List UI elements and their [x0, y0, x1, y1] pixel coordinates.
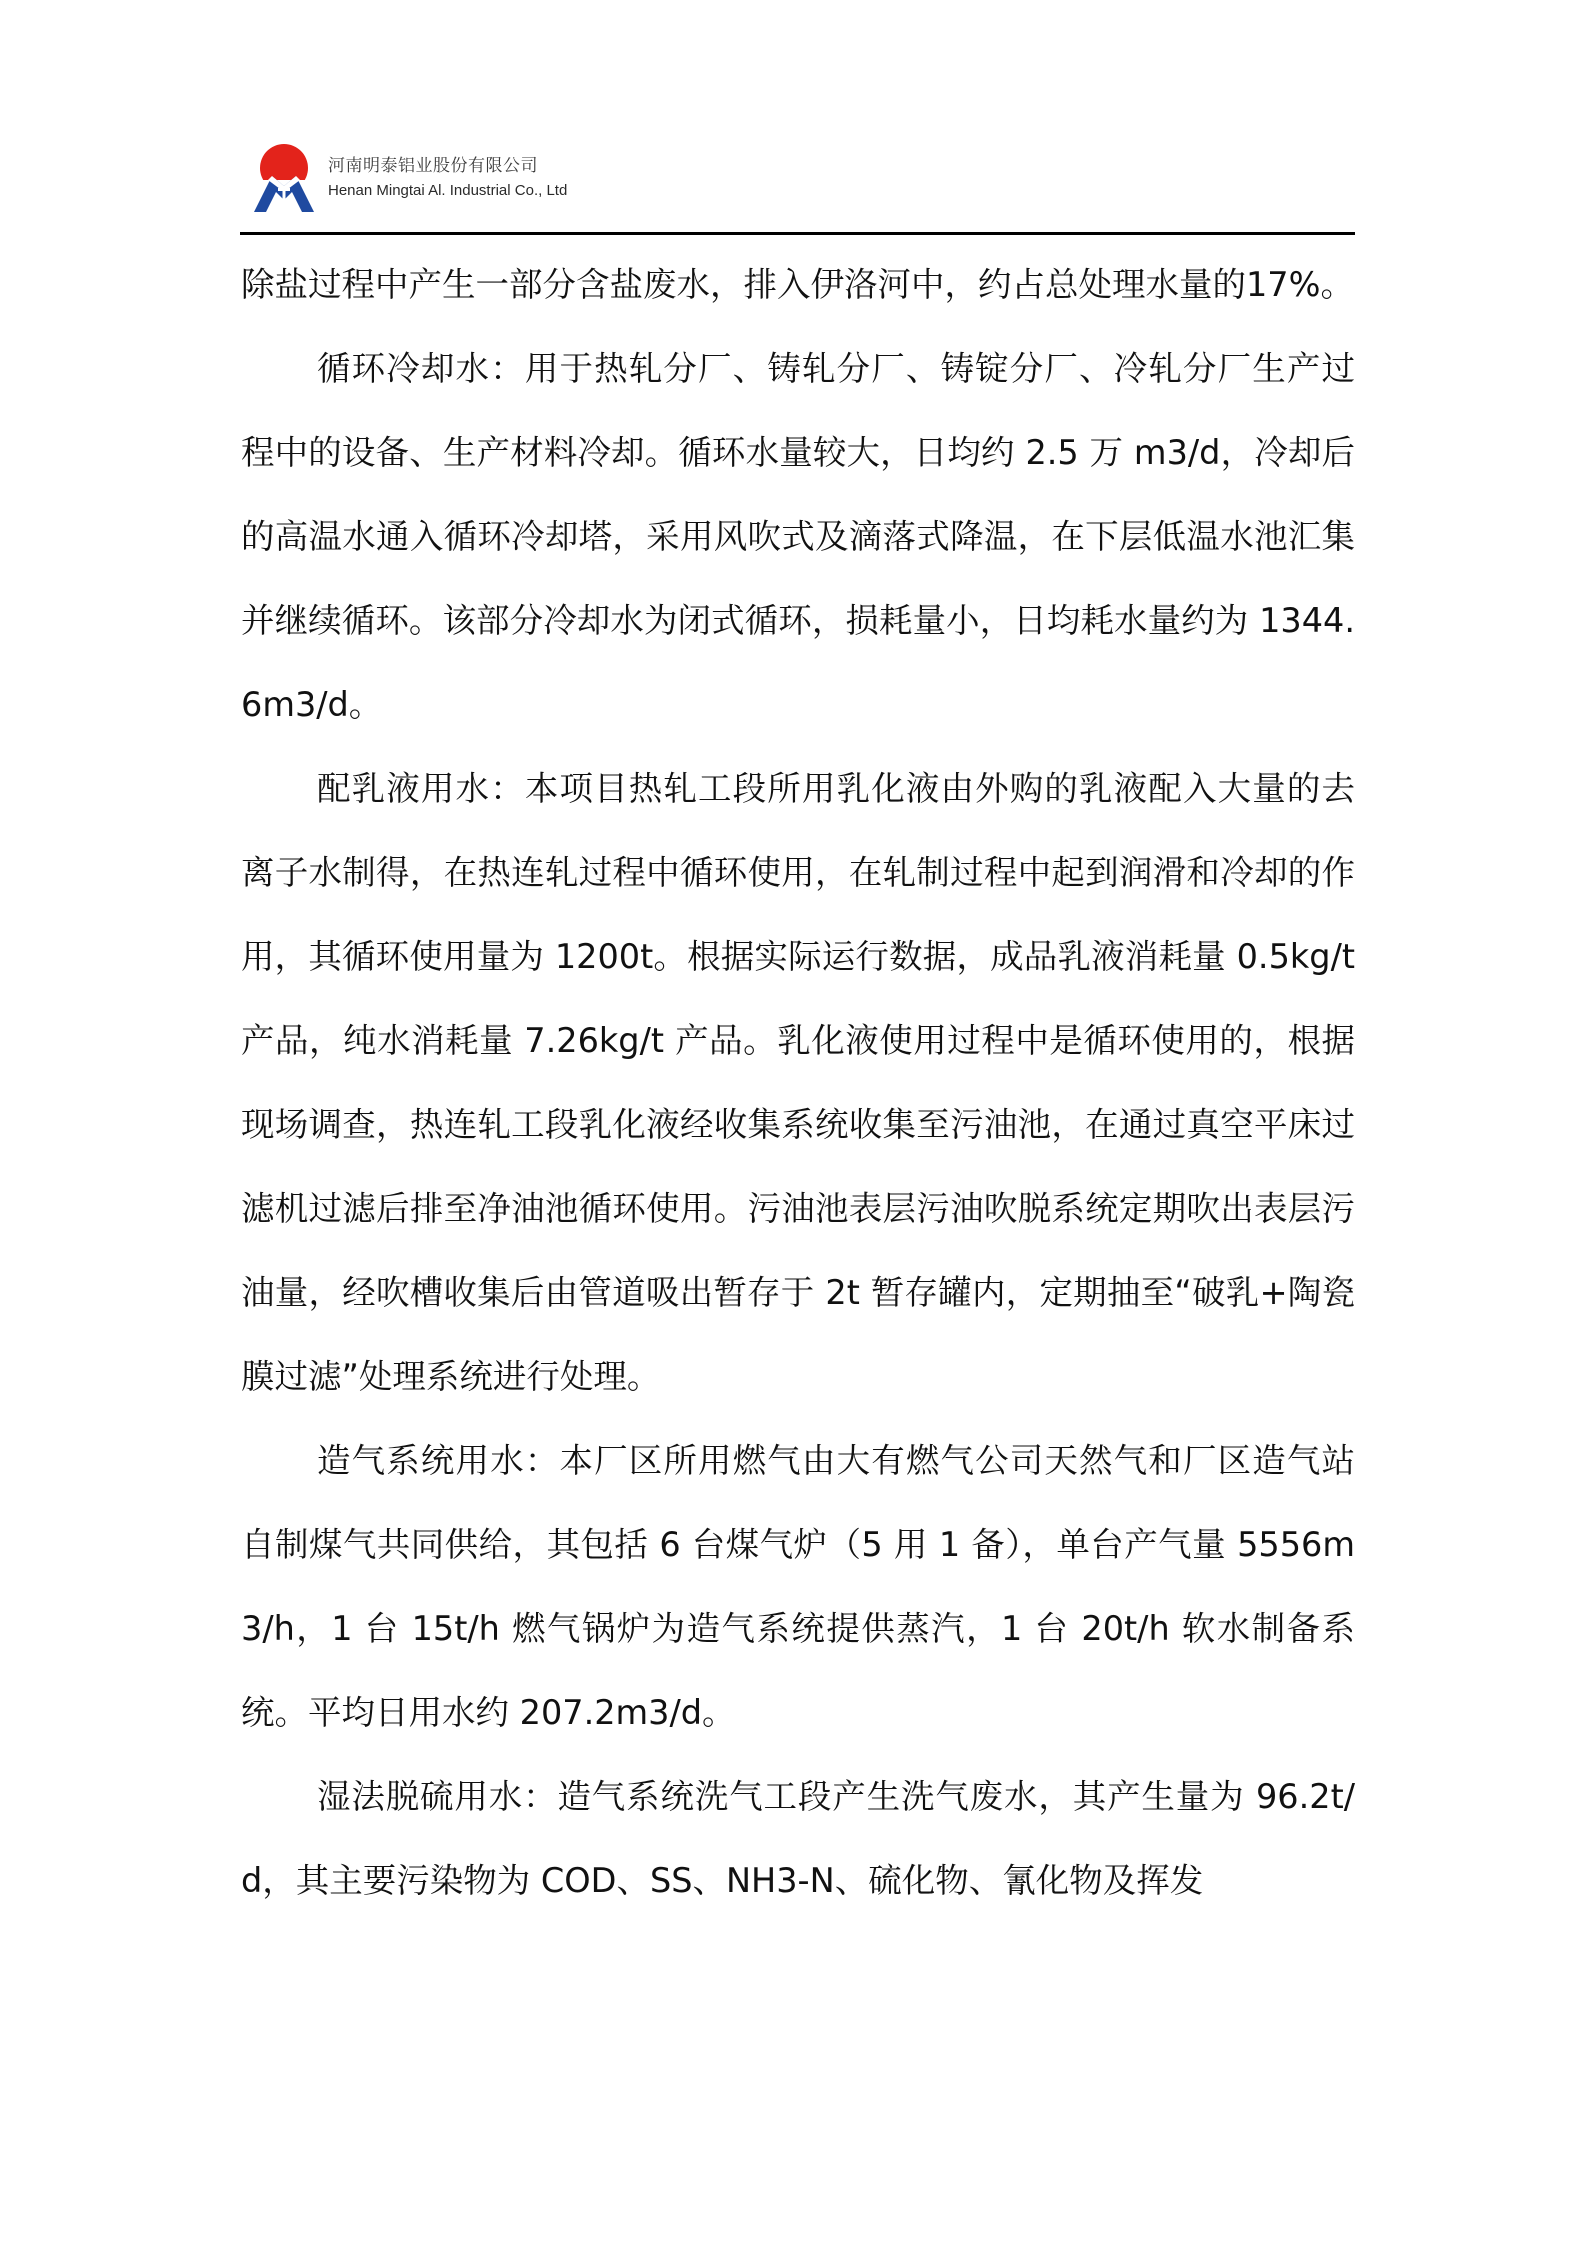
paragraph-gas-system-water: 造气系统用水：本厂区所用燃气由大有燃气公司天然气和厂区造气站自制煤气共同供给，其…: [241, 1419, 1355, 1755]
paragraph-circulating-cooling-water: 循环冷却水：用于热轧分厂、铸轧分厂、铸锭分厂、冷轧分厂生产过程中的设备、生产材料…: [241, 327, 1355, 747]
header-divider: [240, 232, 1355, 235]
paragraph-desalination-wastewater: 除盐过程中产生一部分含盐废水，排入伊洛河中，约占总处理水量的17%。: [241, 243, 1355, 327]
company-name-cn: 河南明泰铝业股份有限公司: [328, 153, 567, 179]
paragraph-wet-desulfurization-water: 湿法脱硫用水：造气系统洗气工段产生洗气废水，其产生量为 96.2t/d，其主要污…: [241, 1755, 1355, 1923]
paragraph-emulsion-water: 配乳液用水：本项目热轧工段所用乳化液由外购的乳液配入大量的去离子水制得，在热连轧…: [241, 747, 1355, 1419]
company-name: 河南明泰铝业股份有限公司 Henan Mingtai Al. Industria…: [328, 153, 567, 203]
mingtai-logo-icon: [252, 142, 316, 214]
company-name-en: Henan Mingtai Al. Industrial Co., Ltd: [328, 179, 567, 203]
document-body: 除盐过程中产生一部分含盐废水，排入伊洛河中，约占总处理水量的17%。 循环冷却水…: [241, 243, 1355, 1923]
document-header: 河南明泰铝业股份有限公司 Henan Mingtai Al. Industria…: [252, 138, 567, 218]
